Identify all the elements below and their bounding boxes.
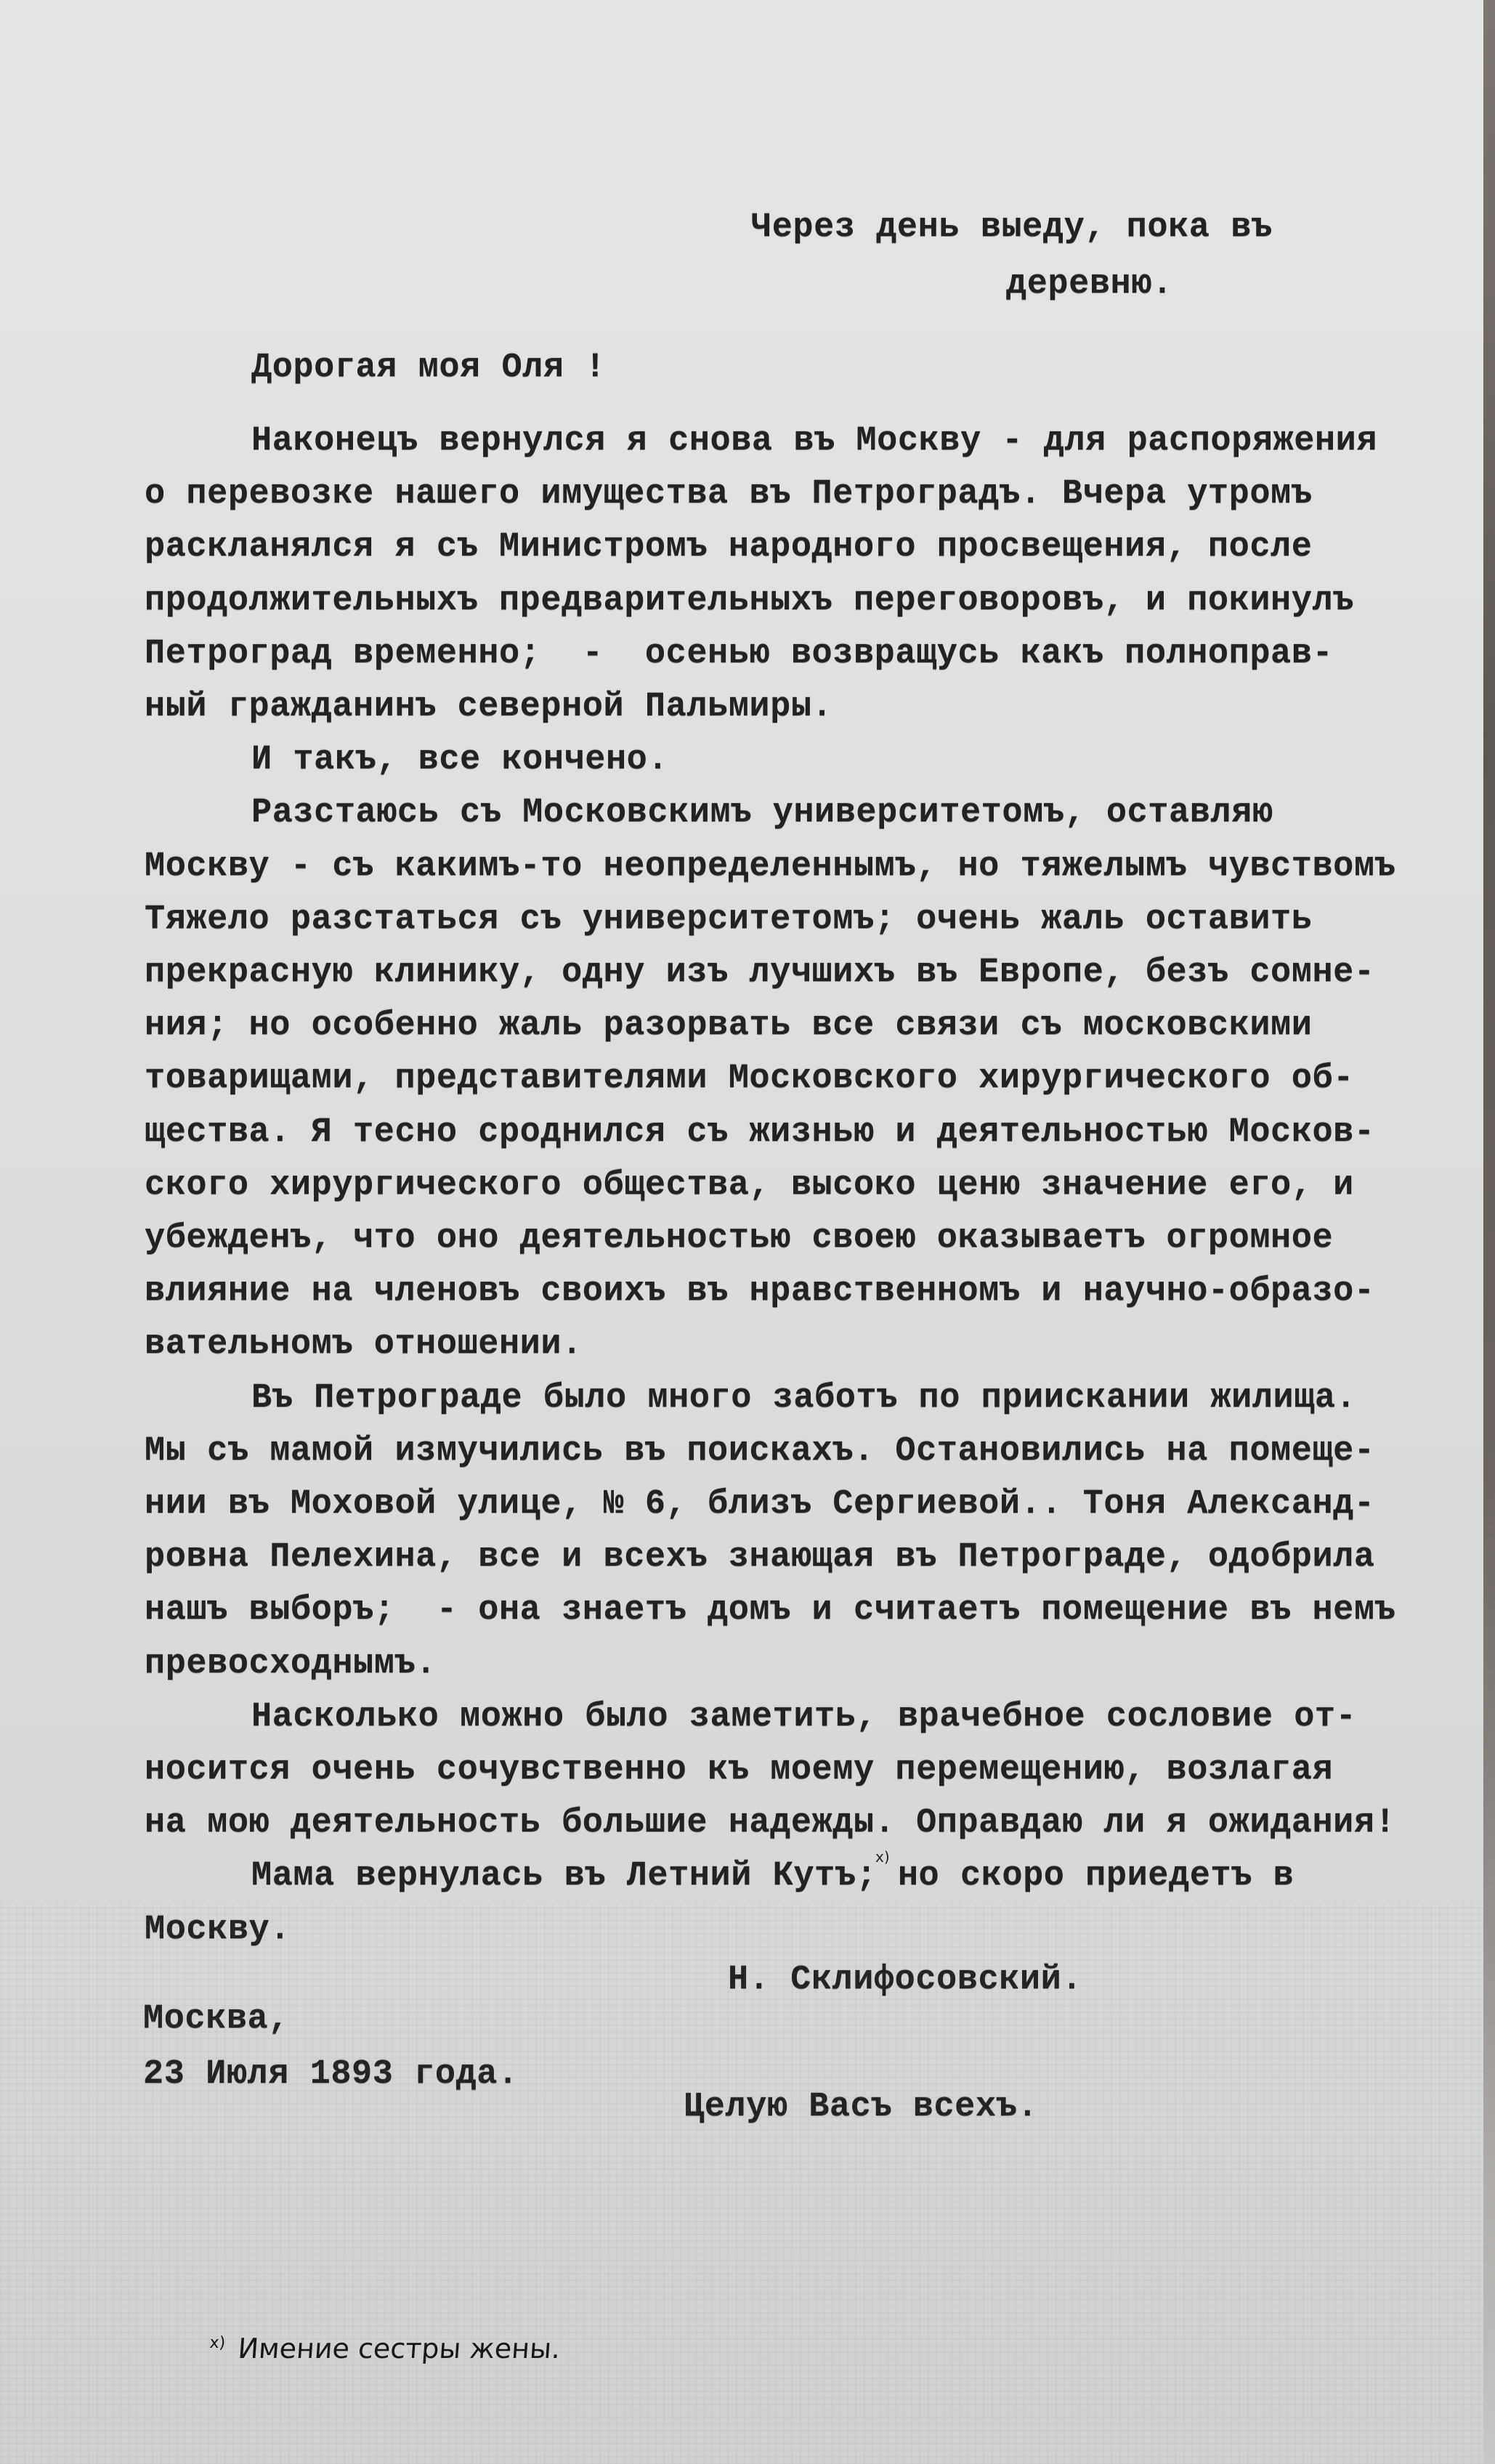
footnote-text: Имение сестры жены. [237,2333,562,2365]
date: 23 Июля 1893 года. [143,2053,519,2097]
body-line: ния; но особенно жаль разорвать все связ… [145,1004,1312,1048]
body-line: ровна Пелехина, все и всехъ знающая въ П… [145,1536,1375,1579]
body-line: И такъ, все кончено. [251,739,668,782]
body-line: Въ Петрограде было много заботъ по приис… [251,1377,1356,1420]
closing: Целую Васъ всехъ. [684,2086,1038,2129]
body-line: влияние на членовъ своихъ въ нравственно… [145,1270,1375,1314]
body-line: нии въ Моховой улице, № 6, близъ Сергиев… [145,1483,1375,1526]
body-line: Петроград временно; - осенью возвращусь … [145,633,1333,676]
body-line: товарищами, представителями Московского … [145,1057,1354,1101]
body-line: Мы съ мамой измучились въ поискахъ. Оста… [145,1430,1375,1473]
footnote-marker: x) [209,2334,226,2352]
body-line: Наконецъ вернулся я снова въ Москву - дл… [251,420,1377,463]
body-line: Тяжело разстаться съ университетомъ; оче… [145,898,1312,942]
body-line: ный гражданинъ северной Пальмиры. [145,686,832,729]
body-line: Москву - съ какимъ-то неопределеннымъ, н… [145,845,1395,889]
place: Москва, [143,1998,289,2041]
body-line: Мама вернулась въ Летний Кутъ; но скоро … [251,1855,1294,1898]
body-line: вательномъ отношении. [145,1323,583,1367]
body-line: Насколько можно было заметить, врачебное… [251,1696,1356,1739]
top-note-line-1: Через день выеду, пока въ [751,206,1273,250]
salutation: Дорогая моя Оля ! [251,346,606,390]
signature: Н. Склифосовский. [728,1959,1082,2002]
body-line: Разстаюсь съ Московскимъ университетомъ,… [251,792,1273,835]
body-line: ского хирургического общества, высоко це… [145,1164,1354,1208]
body-line: прекрасную клинику, одну изъ лучшихъ въ … [145,951,1375,995]
body-line: о перевозке нашего имущества въ Петрогра… [145,473,1312,516]
body-line: превосходнымъ. [145,1643,437,1686]
body-line: Москву. [145,1908,291,1952]
handwritten-footnote: x)Имение сестры жены. [171,2289,564,2403]
footnote-marker-inline: x) [875,1848,890,1866]
body-line: нашъ выборъ; - она знаетъ домъ и считает… [145,1589,1395,1632]
body-line: продолжительныхъ предварительныхъ перего… [145,580,1354,623]
body-line: щества. Я тесно сроднился съ жизнью и де… [145,1111,1375,1155]
body-line: убежденъ, что оно деятельностью своею ок… [145,1217,1333,1261]
body-line: на мою деятельность большие надежды. Опр… [145,1802,1395,1845]
page-edge-shadow [1483,0,1495,2464]
body-line: раскланялся я съ Министромъ народного пр… [145,526,1312,569]
letter-page: Через день выеду, пока въ деревню. Дорог… [0,0,1483,2464]
top-note-line-2: деревню. [1006,263,1173,306]
body-line: носится очень сочувственно къ моему пере… [145,1749,1333,1792]
